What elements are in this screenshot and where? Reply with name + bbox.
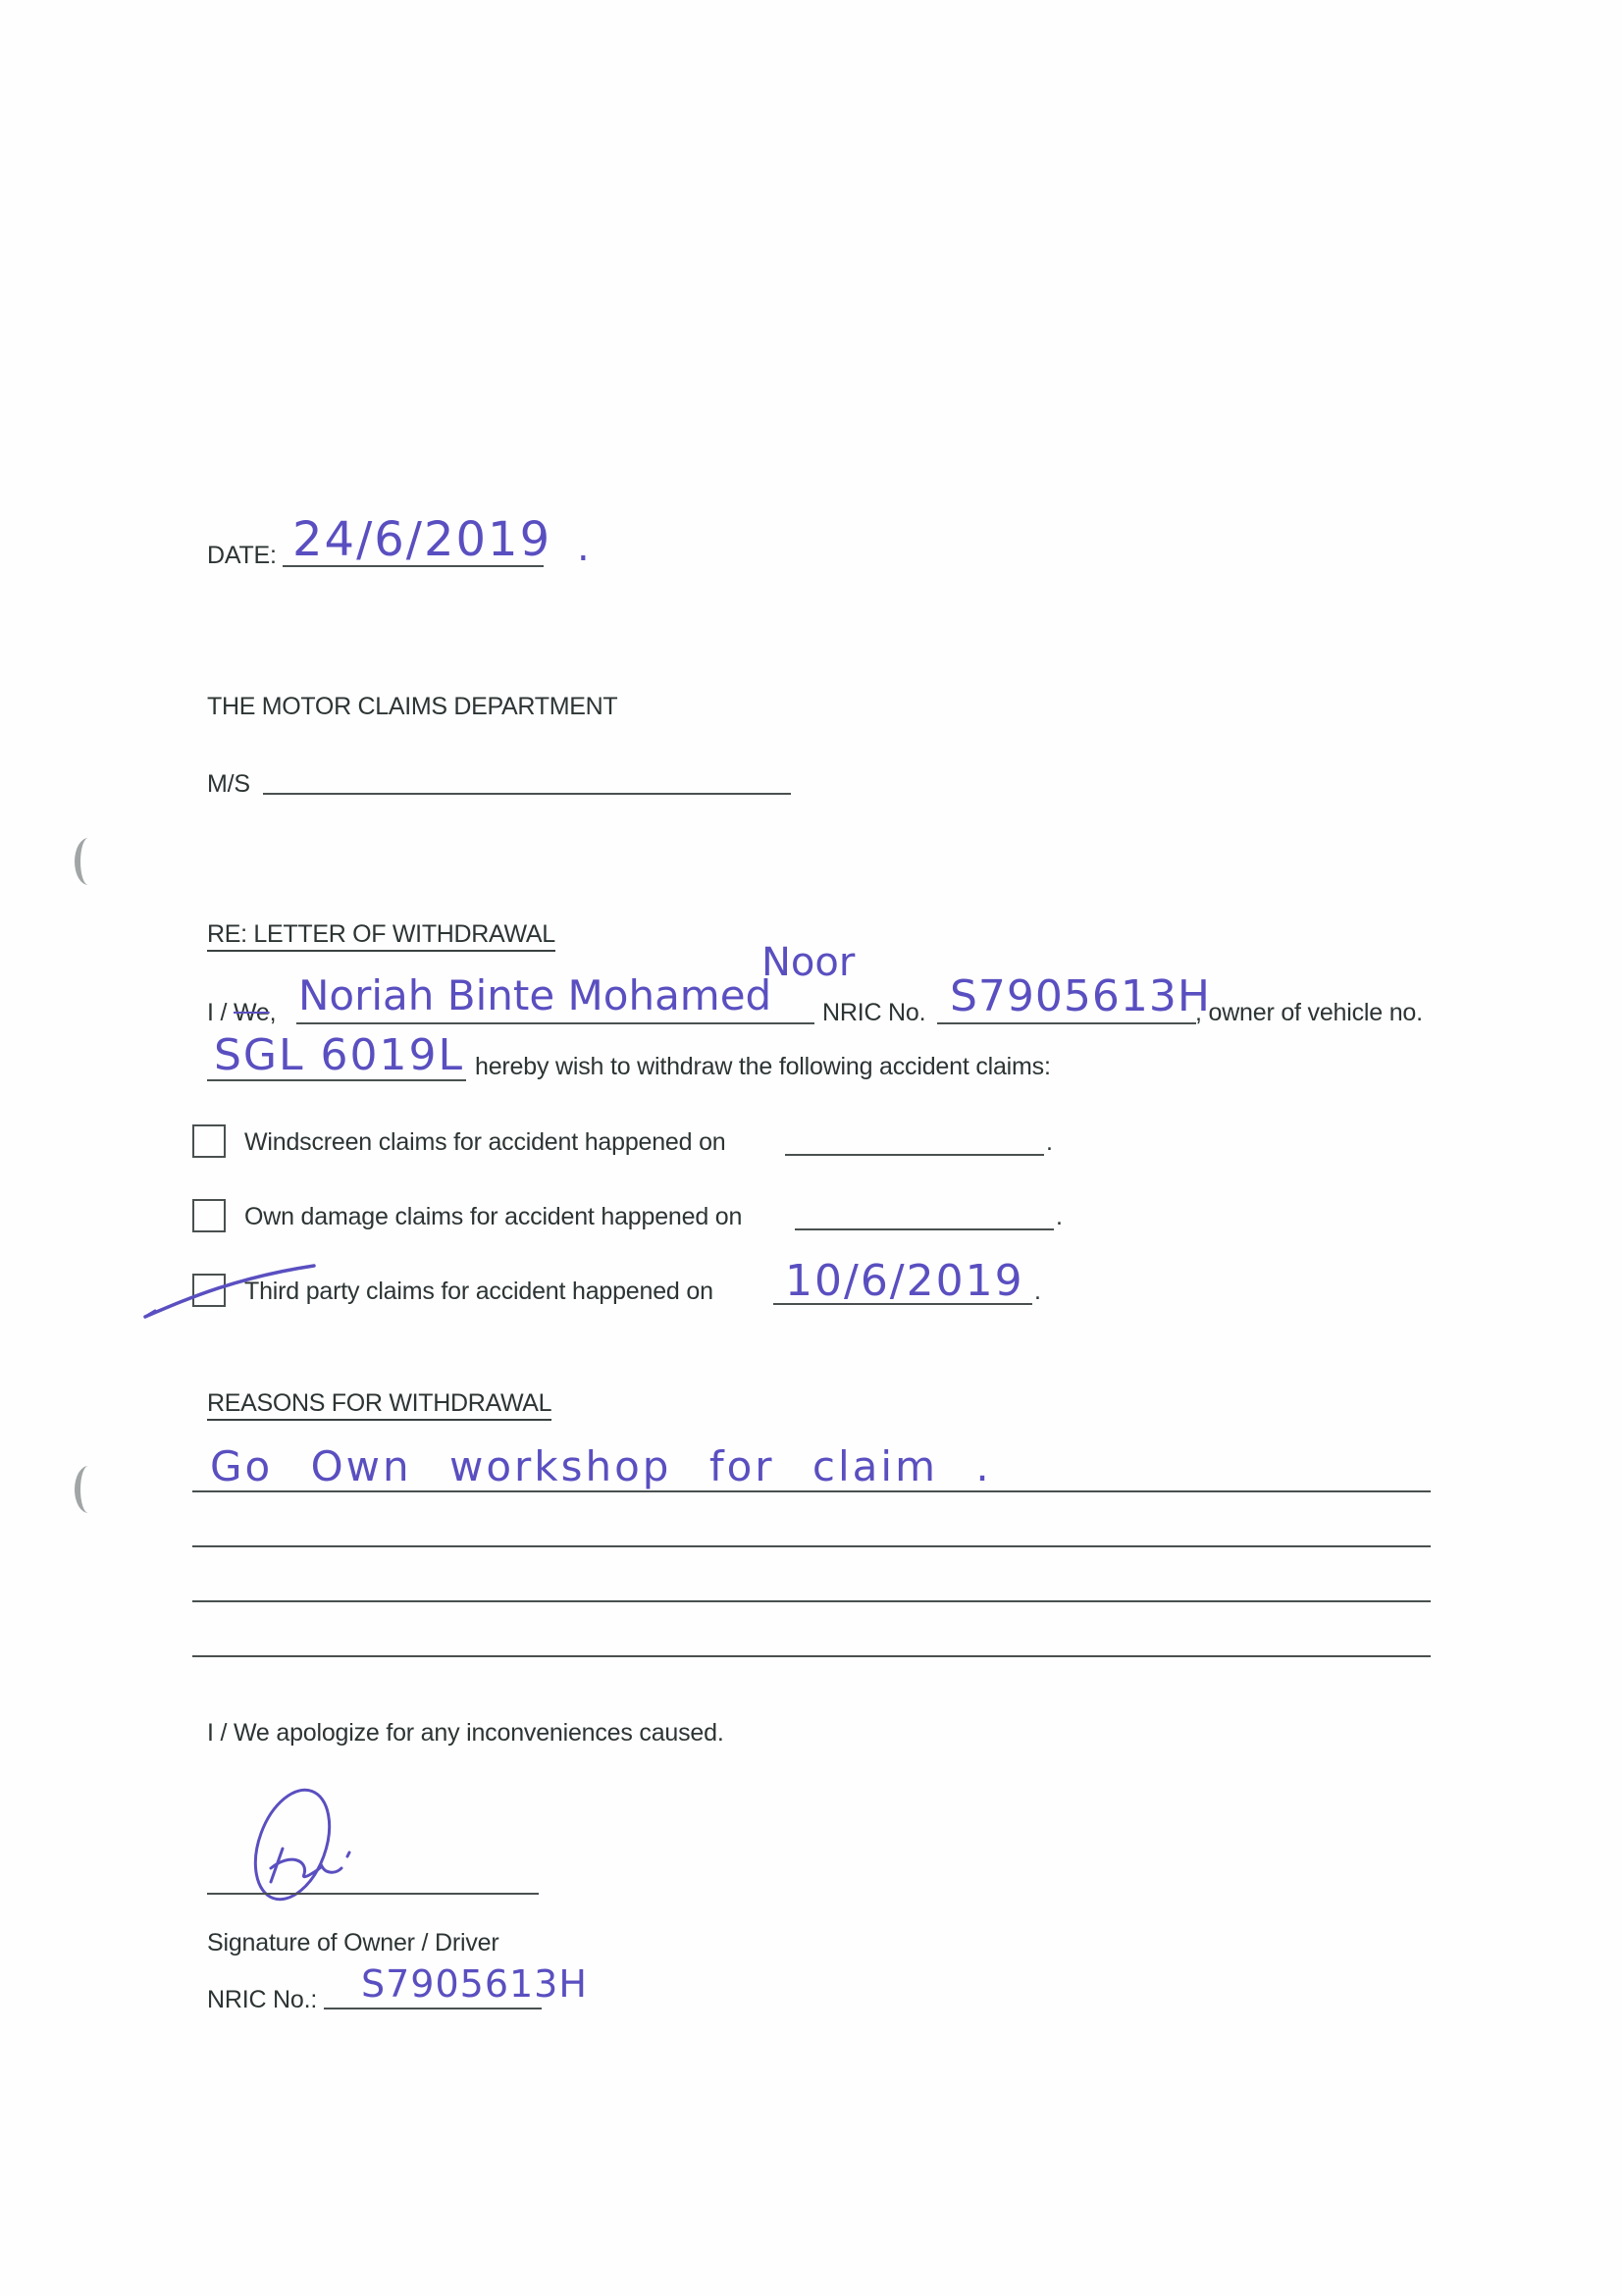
nric-label: NRIC No. <box>822 999 925 1027</box>
date-field[interactable]: 24/6/2019 <box>292 512 551 567</box>
ms-label: M/S <box>207 770 250 799</box>
binder-hole-upper <box>75 838 102 885</box>
own-damage-claim-checkbox[interactable] <box>192 1199 226 1232</box>
i-we-suffix: , <box>270 999 277 1026</box>
nric-line <box>937 1022 1196 1024</box>
owner-name-line <box>296 1022 814 1024</box>
windscreen-claim-trailing: . <box>1046 1128 1053 1157</box>
signature-label: Signature of Owner / Driver <box>207 1929 499 1957</box>
reasons-heading: REASONS FOR WITHDRAWAL <box>207 1389 551 1421</box>
department-title: THE MOTOR CLAIMS DEPARTMENT <box>207 693 617 721</box>
re-heading: RE: LETTER OF WITHDRAWAL <box>207 920 555 952</box>
vehicle-no-field[interactable]: SGL 6019L <box>214 1030 464 1080</box>
nric-field[interactable]: S7905613H <box>950 971 1211 1021</box>
signature-nric-label: NRIC No.: <box>207 1986 317 2014</box>
windscreen-claim-checkbox[interactable] <box>192 1124 226 1158</box>
third-party-claim-trailing: . <box>1034 1278 1041 1306</box>
binder-hole-lower <box>75 1466 102 1513</box>
i-we-prefix: I / <box>207 999 234 1026</box>
reason-line-1-text[interactable]: Go Own workshop for claim . <box>210 1442 992 1490</box>
own-damage-claim-date-field[interactable] <box>795 1228 1054 1230</box>
we-struck: We <box>234 999 270 1026</box>
signature-nric-field[interactable]: S7905613H <box>361 1962 588 2006</box>
apology-text: I / We apologize for any inconveniences … <box>207 1719 724 1748</box>
signature-nric-line <box>324 2008 542 2009</box>
windscreen-claim-label: Windscreen claims for accident happened … <box>244 1128 726 1157</box>
own-damage-claim-label: Own damage claims for accident happened … <box>244 1203 742 1231</box>
reason-line-4[interactable] <box>192 1655 1431 1657</box>
owner-of-vehicle-text: , owner of vehicle no. <box>1195 999 1423 1027</box>
date-label: DATE: <box>207 542 277 570</box>
windscreen-claim-date-field[interactable] <box>785 1154 1044 1156</box>
date-trailing-dot: . <box>577 525 590 570</box>
i-we-label: I / We, <box>207 999 276 1027</box>
own-damage-claim-trailing: . <box>1056 1203 1063 1231</box>
third-party-claim-date-field[interactable]: 10/6/2019 <box>785 1256 1024 1306</box>
ms-field[interactable] <box>263 793 791 795</box>
signature-line <box>207 1893 539 1895</box>
reason-line-3[interactable] <box>192 1600 1431 1602</box>
owner-name-continuation: Noor <box>761 940 855 985</box>
reason-line-1 <box>192 1490 1431 1492</box>
withdraw-text: hereby wish to withdraw the following ac… <box>475 1053 1051 1081</box>
owner-name-field[interactable]: Noriah Binte Mohamed <box>298 971 771 1019</box>
reason-line-2[interactable] <box>192 1545 1431 1547</box>
third-party-claim-label: Third party claims for accident happened… <box>244 1278 713 1306</box>
